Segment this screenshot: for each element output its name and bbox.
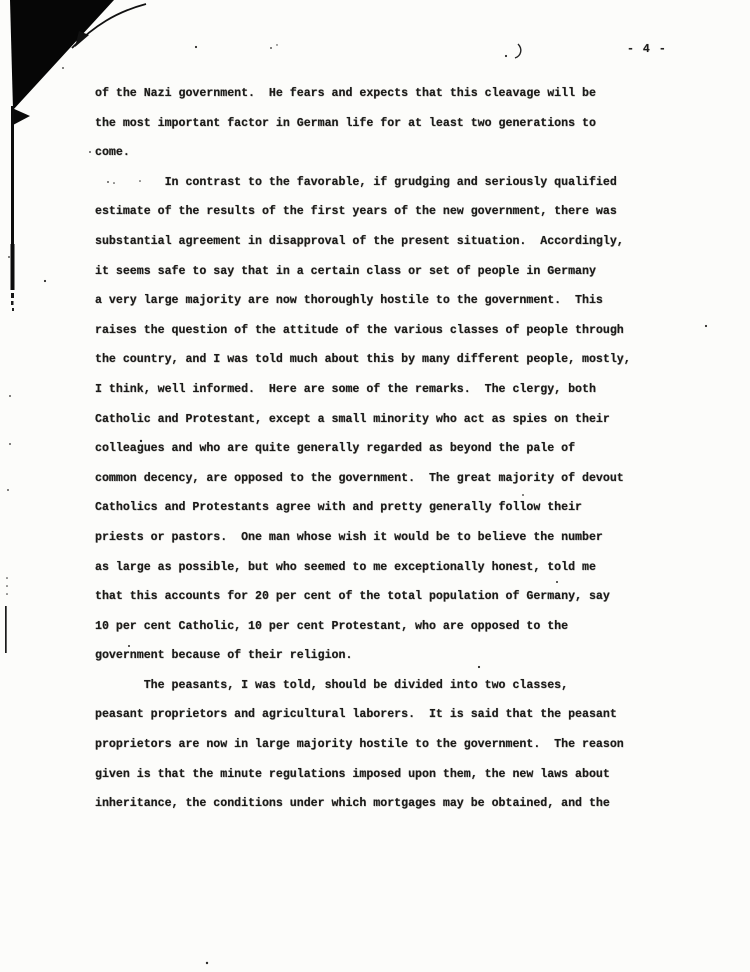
text-line: In contrast to the favorable, if grudgin… (95, 168, 631, 198)
text-line: a very large majority are now thoroughly… (95, 286, 631, 316)
text-line: estimate of the results of the first yea… (95, 197, 631, 227)
text-line: it seems safe to say that in a certain c… (95, 257, 631, 287)
margin-line-dash1 (11, 293, 14, 298)
text-line: The peasants, I was told, should be divi… (95, 671, 631, 701)
pen-flourish-arrowhead (75, 31, 89, 47)
text-line: peasant proprietors and agricultural lab… (95, 700, 631, 730)
text-line: given is that the minute regulations imp… (95, 760, 631, 790)
margin-line-upper (11, 106, 14, 244)
text-line: inheritance, the conditions under which … (95, 789, 631, 819)
text-line: of the Nazi government. He fears and exp… (95, 79, 631, 109)
paragraph: In contrast to the favorable, if grudgin… (95, 168, 631, 671)
paragraph: The peasants, I was told, should be divi… (95, 671, 631, 819)
text-line: I think, well informed. Here are some of… (95, 375, 631, 405)
text-line: priests or pastors. One man whose wish i… (95, 523, 631, 553)
text-line: as large as possible, but who seemed to … (95, 553, 631, 583)
page-number: - 4 - (627, 43, 667, 56)
text-line: Catholics and Protestants agree with and… (95, 493, 631, 523)
margin-flag (12, 108, 30, 125)
margin-line-dash3 (12, 308, 14, 311)
text-line: that this accounts for 20 per cent of th… (95, 582, 631, 612)
text-line: the most important factor in German life… (95, 109, 631, 139)
ink-hook-dot (505, 55, 507, 57)
text-line: substantial agreement in disapproval of … (95, 227, 631, 257)
text-line: common decency, are opposed to the gover… (95, 464, 631, 494)
text-line: 10 per cent Catholic, 10 per cent Protes… (95, 612, 631, 642)
paragraph: of the Nazi government. He fears and exp… (95, 79, 631, 168)
document-body: of the Nazi government. He fears and exp… (95, 79, 631, 819)
text-line: Catholic and Protestant, except a small … (95, 405, 631, 435)
text-line: government because of their religion. (95, 641, 631, 671)
ink-hook-mark (515, 44, 521, 58)
pen-flourish-curve (72, 4, 146, 48)
text-line: raises the question of the attitude of t… (95, 316, 631, 346)
margin-line-lower (5, 606, 7, 653)
margin-line-dash2 (11, 301, 14, 305)
text-line: colleagues and who are quite generally r… (95, 434, 631, 464)
margin-line-blob (11, 244, 15, 290)
text-line: come. (95, 138, 631, 168)
text-line: the country, and I was told much about t… (95, 345, 631, 375)
text-line: proprietors are now in large majority ho… (95, 730, 631, 760)
document-page: - 4 - of the Nazi government. He fears a… (0, 0, 750, 972)
